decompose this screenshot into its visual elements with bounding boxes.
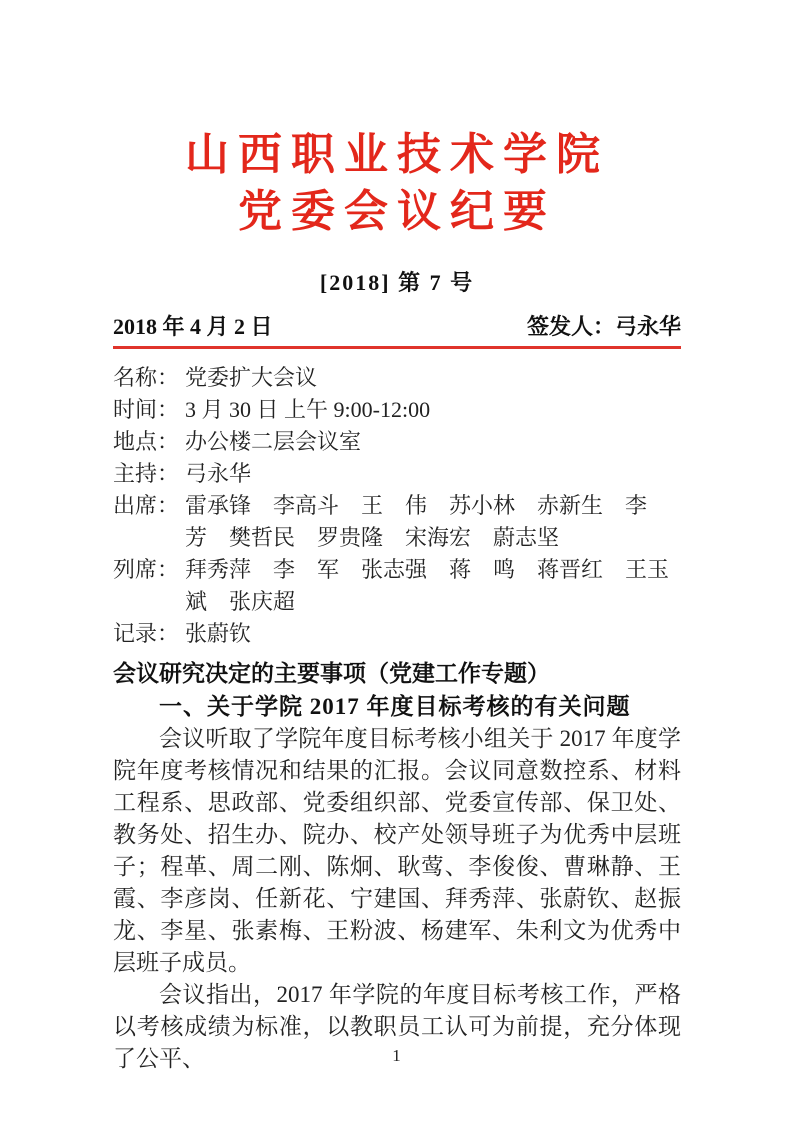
meta-label-host: 主持： <box>113 458 179 490</box>
meta-row-location: 地点： 办公楼二层会议室 <box>113 426 681 458</box>
meta-row-time: 时间： 3 月 30 日 上午 9:00-12:00 <box>113 394 681 426</box>
document-page: 山西职业技术学院 党委会议纪要 [2018] 第 7 号 2018 年 4 月 … <box>0 0 793 1122</box>
red-divider <box>113 346 681 349</box>
meta-value-observers: 拜秀萍 李 军 张志强 蒋 鸣 蒋晋红 王玉斌 张庆超 <box>185 554 681 618</box>
meta-value-recorder: 张蔚钦 <box>185 618 681 650</box>
section-heading: 会议研究决定的主要事项（党建工作专题） <box>113 657 681 690</box>
meta-row-host: 主持： 弓永华 <box>113 458 681 490</box>
meta-label-recorder: 记录： <box>113 618 179 650</box>
meta-row-recorder: 记录： 张蔚钦 <box>113 618 681 650</box>
title-line-1: 山西职业技术学院 <box>113 126 681 183</box>
meta-value-name: 党委扩大会议 <box>185 362 681 394</box>
date-issuer-row: 2018 年 4 月 2 日 签发人：弓永华 <box>113 310 681 341</box>
meta-label-name: 名称： <box>113 362 179 394</box>
meta-value-location: 办公楼二层会议室 <box>185 426 681 458</box>
meta-label-observers: 列席： <box>113 554 179 586</box>
meta-row-name: 名称： 党委扩大会议 <box>113 362 681 394</box>
meta-value-host: 弓永华 <box>185 458 681 490</box>
meta-row-attendees: 出席： 雷承锋 李高斗 王 伟 苏小林 赤新生 李 芳 樊哲民 罗贵隆 宋海宏 … <box>113 490 681 554</box>
body-paragraph-1: 会议听取了学院年度目标考核小组关于 2017 年度学院年度考核情况和结果的汇报。… <box>113 723 681 979</box>
meta-value-attendees: 雷承锋 李高斗 王 伟 苏小林 赤新生 李 芳 樊哲民 罗贵隆 宋海宏 蔚志坚 <box>185 490 681 554</box>
title-line-2: 党委会议纪要 <box>113 183 681 240</box>
meta-label-attendees: 出席： <box>113 490 179 522</box>
meta-label-location: 地点： <box>113 426 179 458</box>
meta-label-time: 时间： <box>113 394 179 426</box>
page-number: 1 <box>0 1046 793 1066</box>
item-heading: 一、关于学院 2017 年度目标考核的有关问题 <box>113 690 681 723</box>
document-date: 2018 年 4 月 2 日 <box>113 310 273 341</box>
meta-value-time: 3 月 30 日 上午 9:00-12:00 <box>185 394 681 426</box>
issuer-name: 签发人：弓永华 <box>527 310 681 341</box>
meta-row-observers: 列席： 拜秀萍 李 军 张志强 蒋 鸣 蒋晋红 王玉斌 张庆超 <box>113 554 681 618</box>
document-number: [2018] 第 7 号 <box>113 266 681 297</box>
meeting-meta-block: 名称： 党委扩大会议 时间： 3 月 30 日 上午 9:00-12:00 地点… <box>113 362 681 650</box>
document-title: 山西职业技术学院 党委会议纪要 <box>113 126 681 240</box>
